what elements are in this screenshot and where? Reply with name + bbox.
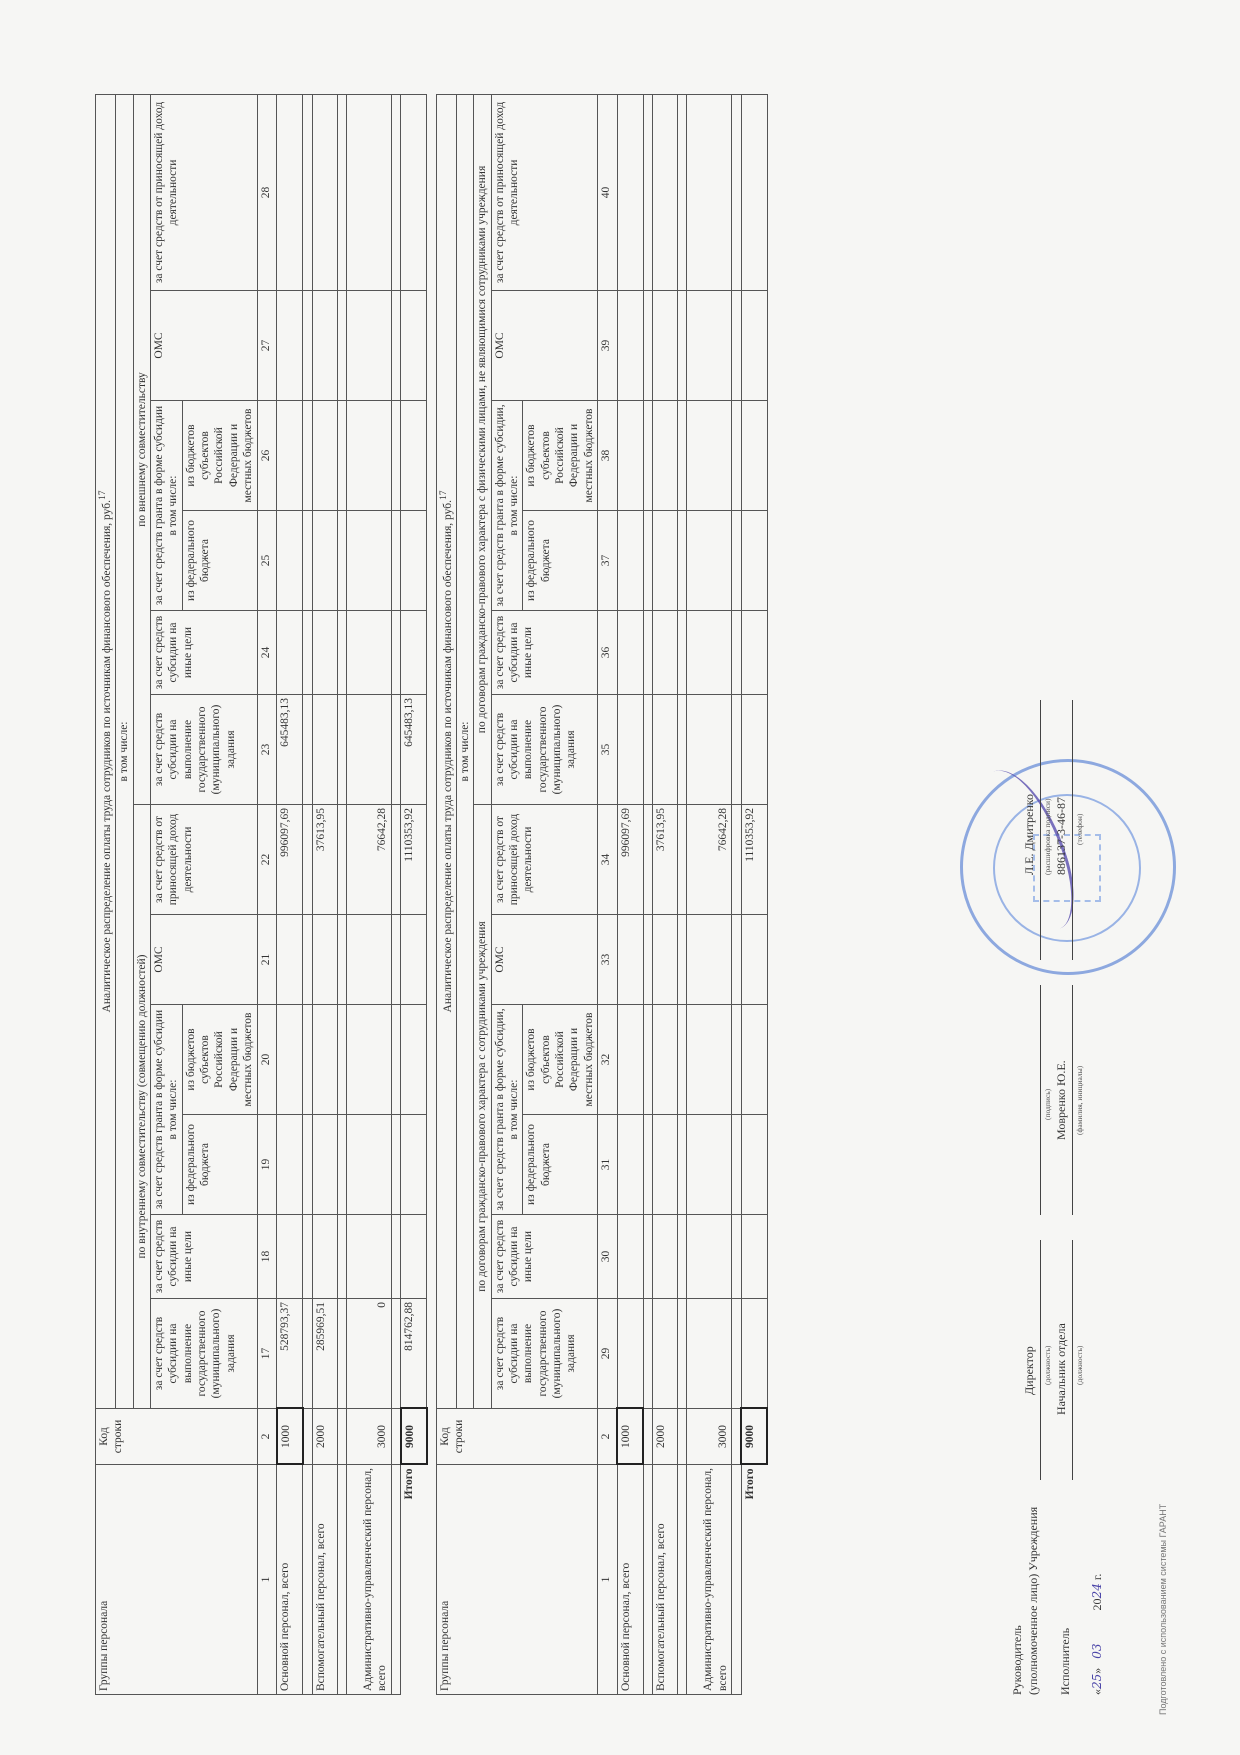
- date-month: 03: [1090, 1643, 1104, 1658]
- cell-value: [312, 611, 337, 695]
- cell-value: [653, 1299, 678, 1409]
- cell-value: [687, 94, 732, 290]
- total-value: [741, 1299, 767, 1409]
- column-number: 38: [598, 401, 618, 511]
- cell-value: [687, 915, 732, 1005]
- cell-value: 76642,28: [687, 805, 732, 915]
- cell-value: 37613,95: [312, 805, 337, 915]
- column-numbers: 12171819202122232425262728: [257, 94, 277, 1694]
- hdr-state-task: за счет средств субсидии на выполнение г…: [491, 695, 598, 805]
- cap-decode: (расшифровка подписи): [1043, 798, 1052, 875]
- cell-value: 0: [346, 1299, 391, 1409]
- hdr-oms: ОМС: [491, 291, 598, 401]
- cell-value: [687, 1005, 732, 1115]
- total-label: Итого: [401, 1465, 427, 1695]
- cell-value: [617, 1115, 643, 1215]
- total-code: 9000: [401, 1409, 427, 1465]
- cell-value: [653, 695, 678, 805]
- cell-value: [346, 401, 391, 511]
- cell-value: [617, 401, 643, 511]
- hdr-state-task: за счет средств субсидии на выполнение г…: [150, 695, 257, 805]
- column-number: 20: [257, 1005, 277, 1115]
- cell-value: [617, 915, 643, 1005]
- column-number: 23: [257, 695, 277, 805]
- hdr-grant: за счет средств гранта в форме субсидиив…: [150, 1005, 182, 1215]
- total-value: [401, 1005, 427, 1115]
- column-number: 39: [598, 291, 618, 401]
- total-value: [741, 1215, 767, 1299]
- column-number: 30: [598, 1215, 618, 1299]
- cell-value: [617, 511, 643, 611]
- cell-value: [617, 94, 643, 290]
- row-code: 3000: [687, 1409, 732, 1465]
- cell-value: [346, 291, 391, 401]
- total-row: Итого90001110353,92: [741, 94, 767, 1694]
- col-code-header: Код строки: [96, 1409, 258, 1465]
- column-number: 2: [598, 1409, 618, 1465]
- hdr-oms: ОМС: [150, 291, 257, 401]
- head-position: Директор: [1022, 1346, 1037, 1395]
- executor-position: Начальник отдела: [1054, 1323, 1069, 1415]
- hdr-income: за счет средств от приносящей доход деят…: [491, 805, 598, 915]
- cell-value: 996097,69: [617, 805, 643, 915]
- cell-value: [653, 915, 678, 1005]
- cell-value: [277, 511, 303, 611]
- hdr-grant: за счет средств гранта в форме субсидиив…: [150, 401, 182, 611]
- cell-value: [687, 611, 732, 695]
- cell-value: [312, 695, 337, 805]
- section-staff: по договорам гражданско-правового характ…: [474, 805, 491, 1409]
- cell-value: [617, 695, 643, 805]
- row-code: 1000: [277, 1409, 303, 1465]
- column-number: 19: [257, 1115, 277, 1215]
- cell-value: [687, 1115, 732, 1215]
- column-number: 18: [257, 1215, 277, 1299]
- cell-value: [312, 1115, 337, 1215]
- column-number: 40: [598, 94, 618, 290]
- total-value: [401, 1215, 427, 1299]
- total-value: [741, 1115, 767, 1215]
- cell-value: [653, 291, 678, 401]
- section-internal: по внутреннему совместительству (совмеще…: [133, 805, 150, 1409]
- total-value: [401, 401, 427, 511]
- cell-value: 996097,69: [277, 805, 303, 915]
- cell-value: [653, 401, 678, 511]
- cell-value: [277, 291, 303, 401]
- cell-value: [312, 915, 337, 1005]
- hdr-income: за счет средств от приносящей доход деят…: [150, 805, 257, 915]
- cell-value: [312, 94, 337, 290]
- column-number: 28: [257, 94, 277, 290]
- cell-value: [346, 1005, 391, 1115]
- cell-value: [653, 1215, 678, 1299]
- cell-value: [277, 1005, 303, 1115]
- cap-fio: (фамилия, инициалы): [1075, 1066, 1084, 1135]
- cell-value: [617, 1299, 643, 1409]
- row-group-name: Административно-управленческий персонал,…: [687, 1465, 732, 1695]
- hdr-federal: из федерального бюджета: [523, 1115, 598, 1215]
- in-that-number: в том числе:: [116, 94, 133, 1408]
- executor-label: Исполнитель: [1058, 1628, 1073, 1695]
- row-group-name: Основной персонал, всего: [277, 1465, 303, 1695]
- cell-value: [346, 915, 391, 1005]
- column-number: 35: [598, 695, 618, 805]
- cell-value: [312, 291, 337, 401]
- hdr-oms: ОМС: [491, 915, 598, 1005]
- row-code: 2000: [653, 1409, 678, 1465]
- cell-value: [312, 401, 337, 511]
- total-value: 645483,13: [401, 695, 427, 805]
- column-number: 22: [257, 805, 277, 915]
- cell-value: [687, 511, 732, 611]
- cell-value: [312, 1215, 337, 1299]
- total-value: [401, 611, 427, 695]
- hdr-grant: за счет средств гранта в форме субсидии,…: [491, 1005, 523, 1215]
- cell-value: 528793,37: [277, 1299, 303, 1409]
- column-number: 17: [257, 1299, 277, 1409]
- total-value: [741, 611, 767, 695]
- total-value: 1110353,92: [741, 805, 767, 915]
- row-code: 3000: [346, 1409, 391, 1465]
- column-number: 2: [257, 1409, 277, 1465]
- hdr-federal: из федерального бюджета: [182, 1115, 257, 1215]
- cell-value: [617, 1215, 643, 1299]
- cell-value: [277, 611, 303, 695]
- total-value: [401, 291, 427, 401]
- table-row: Вспомогательный персонал, всего200028596…: [312, 94, 337, 1694]
- table-row: Вспомогательный персонал, всего200037613…: [653, 94, 678, 1694]
- cell-value: 37613,95: [653, 805, 678, 915]
- row-group-name: Основной персонал, всего: [617, 1465, 643, 1695]
- cell-value: 285969,51: [312, 1299, 337, 1409]
- cell-value: [617, 1005, 643, 1115]
- hdr-income: за счет средств от приносящей доход деят…: [150, 94, 257, 290]
- table-row: Административно-управленческий персонал,…: [346, 94, 391, 1694]
- total-row: Итого9000814762,881110353,92645483,13: [401, 94, 427, 1694]
- cap-signature: (подпись): [1043, 1089, 1052, 1120]
- column-number: 33: [598, 915, 618, 1005]
- table-row: Основной персонал, всего1000528793,37996…: [277, 94, 303, 1694]
- total-value: [401, 915, 427, 1005]
- total-value: [741, 915, 767, 1005]
- cell-value: [687, 401, 732, 511]
- executor-name: Мовренко Ю.Е.: [1054, 1060, 1069, 1140]
- cell-value: [277, 401, 303, 511]
- column-number: 21: [257, 915, 277, 1005]
- hdr-other: за счет средств субсидии на иные цели: [150, 611, 257, 695]
- landscape-sheet: Подготовлено с использованием системы ГА…: [0, 0, 1240, 1755]
- col-group-header: Группы персонала: [436, 1465, 598, 1695]
- table-row: Административно-управленческий персонал,…: [687, 94, 732, 1694]
- head-label: Руководитель: [1010, 1625, 1025, 1695]
- cell-value: [346, 611, 391, 695]
- cell-value: 645483,13: [277, 695, 303, 805]
- cap-position-2: (должность): [1075, 1346, 1084, 1385]
- phone: 886137-3-46-87: [1054, 797, 1069, 875]
- table-row: Основной персонал, всего1000996097,69: [617, 94, 643, 1694]
- column-number: 27: [257, 291, 277, 401]
- cell-value: [653, 94, 678, 290]
- total-label: Итого: [741, 1465, 767, 1695]
- total-value: 814762,88: [401, 1299, 427, 1409]
- cell-value: [653, 1005, 678, 1115]
- cap-position: (должность): [1043, 1346, 1052, 1385]
- scanned-page: Подготовлено с использованием системы ГА…: [0, 0, 1240, 1755]
- total-value: [741, 1005, 767, 1115]
- column-number: 31: [598, 1115, 618, 1215]
- cell-value: [346, 1215, 391, 1299]
- hdr-federal: из федерального бюджета: [523, 511, 598, 611]
- cell-value: [617, 291, 643, 401]
- total-value: 1110353,92: [401, 805, 427, 915]
- column-number: 34: [598, 805, 618, 915]
- cell-value: [687, 695, 732, 805]
- column-number: 26: [257, 401, 277, 511]
- table-civil-contracts: Группы персонала Код строки Аналитическо…: [436, 94, 769, 1695]
- hdr-grant: за счет средств гранта в форме субсидии,…: [491, 401, 523, 611]
- cell-value: [312, 511, 337, 611]
- total-value: [741, 511, 767, 611]
- date-year: 24: [1090, 1583, 1104, 1598]
- cell-value: [653, 511, 678, 611]
- hdr-state-task: за счет средств субсидии на выполнение г…: [491, 1299, 598, 1409]
- in-that-number: в том числе:: [456, 94, 473, 1408]
- column-number: 29: [598, 1299, 618, 1409]
- table1-title: Аналитическое распределение оплаты труда…: [96, 94, 116, 1408]
- cell-value: [653, 1115, 678, 1215]
- head-name: Л.Е. Дмитренко: [1022, 794, 1037, 875]
- hdr-regional: из бюджетов субъектов Российской Федерац…: [523, 401, 598, 511]
- total-value: [401, 1115, 427, 1215]
- row-code: 2000: [312, 1409, 337, 1465]
- cell-value: [687, 291, 732, 401]
- cell-value: [277, 94, 303, 290]
- hdr-regional: из бюджетов субъектов Российской Федерац…: [523, 1005, 598, 1115]
- column-numbers: 12293031323334353637383940: [598, 94, 618, 1694]
- hdr-income: за счет средств от приносящей доход деят…: [491, 94, 598, 290]
- total-value: [401, 511, 427, 611]
- hdr-state-task: за счет средств субсидии на выполнение г…: [150, 1299, 257, 1409]
- cell-value: [277, 1215, 303, 1299]
- cell-value: [277, 915, 303, 1005]
- cell-value: [346, 1115, 391, 1215]
- cell-value: [687, 1215, 732, 1299]
- section-external: по внешнему совместительству: [133, 94, 150, 804]
- column-number: 1: [257, 1465, 277, 1695]
- table-internal-external: Группы персонала Код строки Аналитическо…: [95, 94, 428, 1695]
- cell-value: [346, 511, 391, 611]
- head-label-2: (уполномоченное лицо) Учреждения: [1026, 1507, 1041, 1695]
- column-number: 24: [257, 611, 277, 695]
- cell-value: [653, 611, 678, 695]
- column-number: 36: [598, 611, 618, 695]
- total-value: [741, 291, 767, 401]
- cell-value: [312, 1005, 337, 1115]
- total-value: [401, 94, 427, 290]
- total-code: 9000: [741, 1409, 767, 1465]
- col-code-header: Код строки: [436, 1409, 598, 1465]
- row-group-name: Вспомогательный персонал, всего: [312, 1465, 337, 1695]
- hdr-other: за счет средств субсидии на иные цели: [491, 1215, 598, 1299]
- cell-value: 76642,28: [346, 805, 391, 915]
- column-number: 37: [598, 511, 618, 611]
- date-line: «25» 03 2024 г.: [1090, 1574, 1105, 1695]
- hdr-federal: из федерального бюджета: [182, 511, 257, 611]
- total-value: [741, 695, 767, 805]
- hdr-regional: из бюджетов субъектов Российской Федерац…: [182, 401, 257, 511]
- column-number: 1: [598, 1465, 618, 1695]
- table2-title: Аналитическое распределение оплаты труда…: [436, 94, 456, 1408]
- hdr-oms: ОМС: [150, 915, 257, 1005]
- row-group-name: Административно-управленческий персонал,…: [346, 1465, 391, 1695]
- margin-note: Подготовлено с использованием системы ГА…: [1158, 1504, 1168, 1715]
- hdr-other: за счет средств субсидии на иные цели: [491, 611, 598, 695]
- date-day: 25: [1090, 1674, 1104, 1689]
- hdr-other: за счет средств субсидии на иные цели: [150, 1215, 257, 1299]
- section-non-staff: по договорам гражданско-правового характ…: [474, 94, 491, 804]
- total-value: [741, 401, 767, 511]
- cell-value: [617, 611, 643, 695]
- column-number: 32: [598, 1005, 618, 1115]
- row-group-name: Вспомогательный персонал, всего: [653, 1465, 678, 1695]
- cell-value: [346, 695, 391, 805]
- table1-body: Основной персонал, всего1000528793,37996…: [277, 94, 427, 1694]
- cell-value: [687, 1299, 732, 1409]
- total-value: [741, 94, 767, 290]
- cap-phone: (телефон): [1075, 814, 1084, 845]
- report-sheet: Группы персонала Код строки Аналитическо…: [95, 95, 768, 1695]
- column-number: 25: [257, 511, 277, 611]
- col-group-header: Группы персонала: [96, 1465, 258, 1695]
- cell-value: [346, 94, 391, 290]
- row-code: 1000: [617, 1409, 643, 1465]
- table2-body: Основной персонал, всего1000996097,69Всп…: [617, 94, 767, 1694]
- cell-value: [277, 1115, 303, 1215]
- hdr-regional: из бюджетов субъектов Российской Федерац…: [182, 1005, 257, 1115]
